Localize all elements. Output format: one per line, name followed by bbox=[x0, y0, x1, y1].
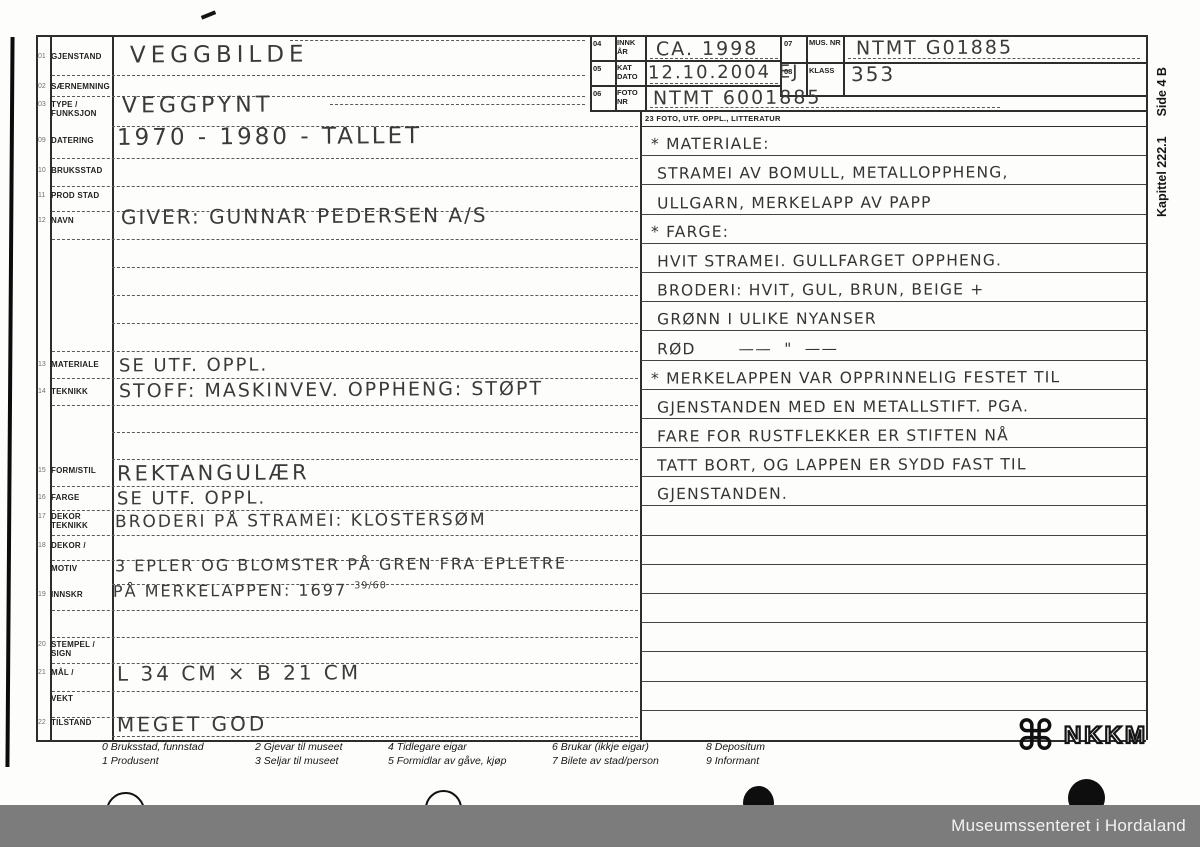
field-label: MÅL / bbox=[51, 668, 110, 677]
notes-column: * MATERIALE: STRAMEI AV BOMULL, METALLOP… bbox=[641, 127, 1146, 740]
field-number: 13 bbox=[38, 360, 51, 368]
entry-datering: 1970 - 1980 - TALLET bbox=[117, 123, 422, 151]
header-label-kat-dato: KAT DATO bbox=[617, 64, 645, 81]
entry-innskr: PÅ MERKELAPPEN: 1697 39/60 bbox=[113, 580, 387, 601]
field-dekor: 18DEKOR / bbox=[38, 541, 112, 550]
field-innskr: 19INNSKR bbox=[38, 590, 112, 599]
grid-vline bbox=[112, 35, 114, 740]
field-label: GJENSTAND bbox=[51, 52, 110, 61]
entry-innk-aar: CA. 1998 bbox=[656, 38, 759, 61]
legend-item: 1 Produsent bbox=[102, 755, 204, 769]
ruled-dashed-line bbox=[112, 295, 638, 296]
nkkm-logo-text: NKKM bbox=[1064, 722, 1148, 750]
note-text bbox=[641, 679, 651, 681]
field-label: SÆRNEMNING bbox=[51, 82, 110, 91]
field-number: 01 bbox=[38, 52, 51, 60]
side-caption: Kapittel 222.1 Side 4 B bbox=[1153, 25, 1171, 217]
note-text: GJENSTANDEN MED EN METALLSTIFT. PGA. bbox=[641, 397, 1029, 418]
field-gjenstand: 01GJENSTAND bbox=[38, 52, 112, 61]
legend-column: 8 Depositum 9 Informant bbox=[706, 741, 765, 768]
note-line: BRODERI: HVIT, GUL, BRUN, BEIGE + bbox=[641, 273, 1146, 302]
ruled-dashed-line bbox=[52, 405, 638, 406]
header-label-foto-nr: FOTO NR bbox=[617, 89, 645, 106]
notes-section-header: 23 FOTO, UTF. OPPL., LITTERATUR bbox=[640, 110, 1146, 127]
field-label: DEKOR / bbox=[51, 541, 110, 550]
field-label: DATERING bbox=[51, 136, 110, 145]
entry-dekor-teknikk: BRODERI PÅ STRAMEI: KLOSTERSØM bbox=[115, 510, 487, 532]
note-text bbox=[641, 562, 651, 564]
note-text bbox=[641, 708, 651, 710]
field-number: 16 bbox=[38, 493, 51, 501]
legend-item: 0 Bruksstad, funnstad bbox=[102, 741, 204, 755]
field-number: 19 bbox=[38, 590, 51, 598]
field-number bbox=[38, 564, 51, 565]
field-saernemning: 02SÆRNEMNING bbox=[38, 82, 112, 91]
note-text: HVIT STRAMEI. GULLFARGET OPPHENG. bbox=[641, 251, 1002, 272]
entry-gjenstand: VEGGBILDE bbox=[130, 41, 309, 68]
note-line bbox=[641, 565, 1146, 594]
field-number: 15 bbox=[38, 466, 51, 474]
nkkm-knot-icon: ⌘ bbox=[1016, 716, 1055, 756]
note-text bbox=[641, 649, 651, 651]
field-label: TYPE / FUNKSJON bbox=[51, 100, 110, 118]
grid-vline bbox=[645, 35, 647, 110]
field-number: 11 bbox=[38, 191, 51, 199]
field-label: INNSKR bbox=[51, 590, 110, 599]
entry-maal: L 34 CM × B 21 CM bbox=[117, 660, 361, 685]
field-stempel-sign: 20STEMPEL / SIGN bbox=[38, 640, 112, 658]
note-text: FARE FOR RUSTFLEKKER ER STIFTEN NÅ bbox=[641, 426, 1009, 447]
field-number: 12 bbox=[38, 216, 51, 224]
field-label: STEMPEL / SIGN bbox=[51, 640, 110, 658]
field-dekor-teknikk: 17DEKOR TEKNIKK bbox=[38, 512, 112, 530]
note-line: ULLGARN, MERKELAPP AV PAPP bbox=[641, 185, 1146, 214]
legend-item: 3 Seljar til museet bbox=[255, 755, 343, 769]
ruled-dashed-line bbox=[52, 351, 638, 352]
field-navn: 12NAVN bbox=[38, 216, 112, 225]
field-vekt: VEKT bbox=[38, 694, 112, 703]
field-type-funksjon: 03TYPE / FUNKSJON bbox=[38, 100, 112, 118]
field-number: 20 bbox=[38, 640, 51, 648]
field-tilstand: 22TILSTAND bbox=[38, 718, 112, 727]
note-line bbox=[641, 623, 1146, 652]
note-line bbox=[641, 536, 1146, 565]
ruled-dashed-line bbox=[112, 736, 638, 737]
field-materiale: 13MATERIALE bbox=[38, 360, 112, 369]
field-number: 10 bbox=[38, 166, 51, 174]
ruled-dashed-line bbox=[52, 610, 638, 611]
grid-hline bbox=[780, 62, 1146, 64]
field-number: 03 bbox=[38, 100, 51, 108]
note-line bbox=[641, 682, 1146, 711]
entry-kat-dato: 12.10.2004 EJ bbox=[648, 62, 800, 84]
field-label: NAVN bbox=[51, 216, 110, 225]
note-line bbox=[641, 652, 1146, 681]
ruled-dashed-line bbox=[52, 186, 638, 187]
header-label-klass: KLASS bbox=[809, 67, 843, 76]
entry-teknikk: STOFF: MASKINVEV. OPPHENG: STØPT bbox=[119, 378, 543, 403]
legend-column: 0 Bruksstad, funnstad 1 Produsent bbox=[102, 741, 204, 768]
note-text: RØD —— " —— bbox=[641, 339, 838, 360]
field-motiv: MOTIV bbox=[38, 564, 112, 573]
side-caption-page: Side 4 B bbox=[1155, 67, 1169, 116]
grid-vline bbox=[843, 35, 845, 97]
ruled-dashed-line bbox=[52, 158, 638, 159]
field-label: PROD STAD bbox=[51, 191, 110, 200]
field-bruksstad: 10BRUKSSTAD bbox=[38, 166, 112, 175]
legend-column: 6 Brukar (ikkje eigar) 7 Bilete av stad/… bbox=[552, 741, 659, 768]
legend-column: 4 Tidlegare eigar 5 Formidlar av gåve, k… bbox=[388, 741, 506, 768]
ruled-dashed-line bbox=[112, 323, 638, 324]
entry-tilstand: MEGET GOD bbox=[117, 712, 267, 737]
note-line: GRØNN I ULIKE NYANSER bbox=[641, 302, 1146, 331]
header-number: 04 bbox=[593, 39, 601, 48]
field-label: FORM/STIL bbox=[51, 466, 110, 475]
legend-item: 2 Gjevar til museet bbox=[255, 741, 343, 755]
ruled-dashed-line bbox=[112, 459, 638, 460]
entry-navn: GIVER: GUNNAR PEDERSEN A/S bbox=[121, 203, 488, 229]
header-number: 07 bbox=[784, 39, 792, 48]
ruled-dashed-line bbox=[52, 637, 638, 638]
note-text bbox=[641, 533, 651, 535]
footer-banner: Museumssenteret i Hordaland bbox=[0, 805, 1200, 847]
ruled-dashed-line bbox=[112, 267, 638, 268]
field-teknikk: 14TEKNIKK bbox=[38, 387, 112, 396]
legend-item: 9 Informant bbox=[706, 755, 765, 769]
field-prod-stad: 11PROD STAD bbox=[38, 191, 112, 200]
note-text: GJENSTANDEN. bbox=[641, 485, 788, 506]
field-number: 22 bbox=[38, 718, 51, 726]
note-text: STRAMEI AV BOMULL, METALLOPPHENG, bbox=[641, 164, 1009, 185]
field-label: MOTIV bbox=[51, 564, 110, 573]
note-text bbox=[641, 620, 651, 622]
entry-innskr-text: PÅ MERKELAPPEN: 1697 bbox=[113, 580, 347, 600]
field-label: TILSTAND bbox=[51, 718, 110, 727]
notes-section-title: 23 FOTO, UTF. OPPL., LITTERATUR bbox=[640, 114, 781, 123]
note-line: STRAMEI AV BOMULL, METALLOPPHENG, bbox=[641, 156, 1146, 185]
legend-item: 5 Formidlar av gåve, kjøp bbox=[388, 755, 506, 769]
field-label: TEKNIKK bbox=[51, 387, 110, 396]
scanned-catalog-card: 01GJENSTAND 02SÆRNEMNING 03TYPE / FUNKSJ… bbox=[0, 0, 1200, 847]
grid-vline bbox=[1146, 35, 1148, 740]
note-line: * MERKELAPPEN VAR OPPRINNELIG FESTET TIL bbox=[641, 361, 1146, 390]
scan-edge-artifact bbox=[5, 37, 14, 767]
note-text: * MERKELAPPEN VAR OPPRINNELIG FESTET TIL bbox=[641, 368, 1060, 389]
ruled-dashed-line bbox=[330, 104, 585, 105]
field-farge: 16FARGE bbox=[38, 493, 112, 502]
note-text: BRODERI: HVIT, GUL, BRUN, BEIGE + bbox=[641, 281, 985, 302]
legend-item: 7 Bilete av stad/person bbox=[552, 755, 659, 769]
note-line: * MATERIALE: bbox=[641, 127, 1146, 156]
ruled-dashed-line bbox=[52, 691, 638, 692]
entry-type-funksjon: VEGGPYNT bbox=[122, 93, 273, 119]
legend-item: 8 Depositum bbox=[706, 741, 765, 755]
field-number: 02 bbox=[38, 82, 51, 90]
field-number: 18 bbox=[38, 541, 51, 549]
legend-item: 6 Brukar (ikkje eigar) bbox=[552, 741, 659, 755]
entry-klass: 353 bbox=[851, 62, 895, 86]
ruled-dashed-line bbox=[52, 486, 638, 487]
field-datering: 09DATERING bbox=[38, 136, 112, 145]
field-maal: 21MÅL / bbox=[38, 668, 112, 677]
note-line: TATT BORT, OG LAPPEN ER SYDD FAST TIL bbox=[641, 448, 1146, 477]
field-label: MATERIALE bbox=[51, 360, 110, 369]
field-form-stil: 15FORM/STIL bbox=[38, 466, 112, 475]
field-label: BRUKSSTAD bbox=[51, 166, 110, 175]
nkkm-logo: ⌘ NKKM bbox=[1016, 716, 1148, 756]
grid-hline bbox=[780, 95, 1146, 97]
note-text: * MATERIALE: bbox=[641, 135, 770, 155]
entry-farge: SE UTF. OPPL. bbox=[117, 488, 266, 510]
note-line: HVIT STRAMEI. GULLFARGET OPPHENG. bbox=[641, 244, 1146, 273]
field-label: DEKOR TEKNIKK bbox=[51, 512, 110, 530]
note-text bbox=[641, 591, 651, 593]
scan-mark bbox=[201, 10, 216, 19]
ruled-dashed-line bbox=[290, 40, 585, 41]
field-number: 09 bbox=[38, 136, 51, 144]
field-label: FARGE bbox=[51, 493, 110, 502]
legend-column: 2 Gjevar til museet 3 Seljar til museet bbox=[255, 741, 343, 768]
ruled-dashed-line bbox=[52, 75, 585, 76]
ruled-dashed-line bbox=[52, 239, 638, 240]
field-number: 17 bbox=[38, 512, 51, 520]
entry-motiv: 3 EPLER OG BLOMSTER PÅ GREN FRA EPLETRE bbox=[115, 554, 567, 576]
header-number: 06 bbox=[593, 89, 601, 98]
field-number: 14 bbox=[38, 387, 51, 395]
note-line: RØD —— " —— bbox=[641, 331, 1146, 360]
note-text: TATT BORT, OG LAPPEN ER SYDD FAST TIL bbox=[641, 456, 1027, 477]
field-number: 21 bbox=[38, 668, 51, 676]
header-label-innk-aar: INNK ÅR bbox=[617, 39, 645, 56]
field-label: VEKT bbox=[51, 694, 110, 703]
entry-form-stil: REKTANGULÆR bbox=[117, 460, 310, 485]
note-line: GJENSTANDEN MED EN METALLSTIFT. PGA. bbox=[641, 390, 1146, 419]
field-number bbox=[38, 694, 51, 695]
entry-foto-nr: NTMT 6001885 bbox=[653, 86, 822, 109]
entry-innskr-fraction: 39/60 bbox=[354, 580, 387, 591]
note-line bbox=[641, 506, 1146, 535]
museum-name: Museumssenteret i Hordaland bbox=[951, 816, 1186, 836]
note-text: * FARGE: bbox=[641, 223, 729, 243]
entry-materiale: SE UTF. OPPL. bbox=[119, 355, 268, 377]
legend-item: 4 Tidlegare eigar bbox=[388, 741, 506, 755]
side-caption-chapter: Kapittel 222.1 bbox=[1155, 136, 1169, 217]
note-text bbox=[641, 738, 651, 740]
note-text: GRØNN I ULIKE NYANSER bbox=[641, 310, 877, 331]
header-number: 05 bbox=[593, 64, 601, 73]
note-line: FARE FOR RUSTFLEKKER ER STIFTEN NÅ bbox=[641, 419, 1146, 448]
entry-mus-nr: NTMT G01885 bbox=[856, 37, 1013, 60]
note-text: ULLGARN, MERKELAPP AV PAPP bbox=[641, 193, 932, 214]
note-line: * FARGE: bbox=[641, 215, 1146, 244]
note-line: GJENSTANDEN. bbox=[641, 477, 1146, 506]
ruled-dashed-line bbox=[112, 432, 638, 433]
ruled-dashed-line bbox=[52, 535, 638, 536]
header-label-mus-nr: MUS. NR bbox=[809, 39, 843, 48]
grid-vline bbox=[590, 35, 592, 110]
note-line bbox=[641, 594, 1146, 623]
